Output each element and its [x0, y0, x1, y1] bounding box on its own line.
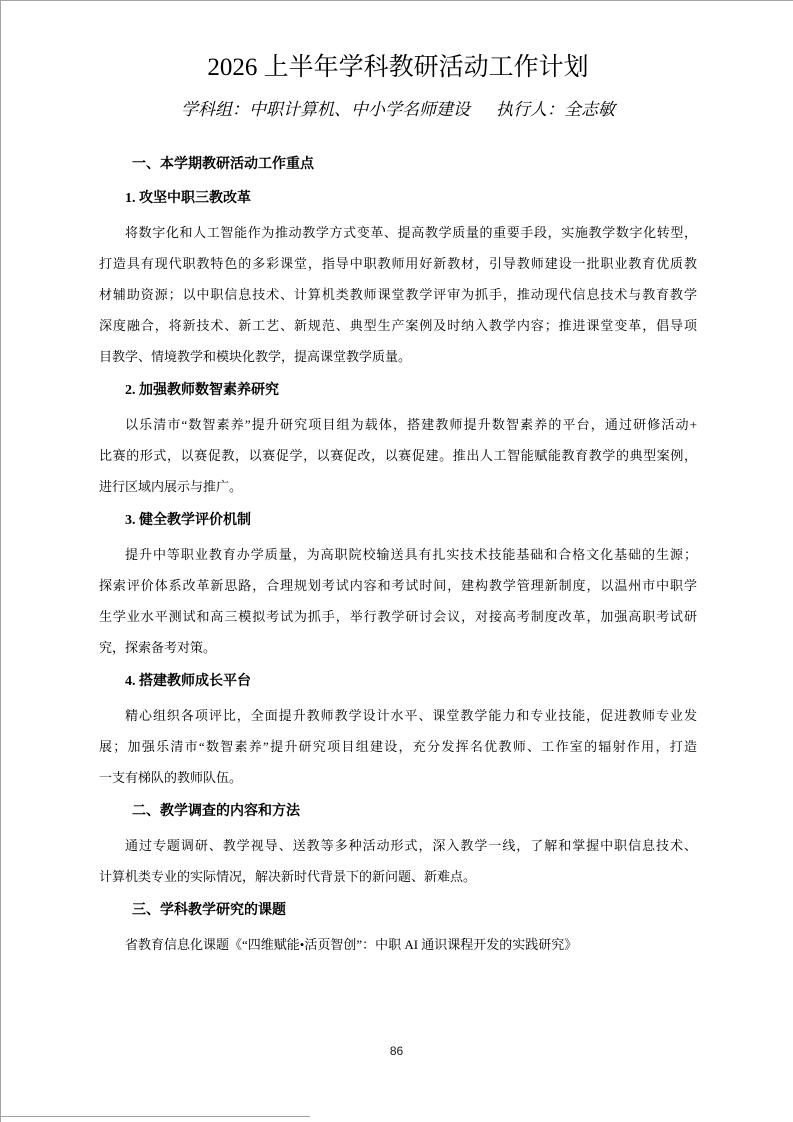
paragraph-line: 比赛的形式，以赛促教，以赛促学，以赛促改，以赛促建。推出人工智能赋能教育教学的典…: [99, 440, 697, 471]
paragraph: 以乐清市“数智素养”提升研究项目组为载体，搭建教师提升数智素养的平台，通过研修活…: [99, 409, 697, 502]
paragraph-line: 目教学、情境教学和模块化教学，提高课堂教学质量。: [99, 341, 697, 372]
sub-heading-4: 4. 搭建教师成长平台: [99, 666, 697, 697]
document-page: 2026 上半年学科教研活动工作计划 学科组：中职计算机、中小学名师建设执行人：…: [0, 0, 793, 1122]
paragraph: 将数字化和人工智能作为推动教学方式变革、提高教学质量的重要手段，实施教学数字化转…: [99, 217, 697, 372]
page-edge-bottom: [0, 1116, 310, 1117]
document-viewer: { "colors": { "page_background": "#fffff…: [0, 0, 793, 1122]
paragraph-line: 计算机类专业的实际情况，解决新时代背景下的新问题、新难点。: [99, 861, 697, 892]
paragraph-line: 究，探索备考对策。: [99, 632, 697, 663]
paragraph-line: 省教育信息化课题《“四维赋能•活页智创”：中职 AI 通识课程开发的实践研究》: [99, 929, 697, 960]
paragraph-line: 精心组织各项评比，全面提升教师教学设计水平、课堂教学能力和专业技能，促进教师专业…: [99, 700, 697, 731]
paragraph: 提升中等职业教育办学质量，为高职院校输送具有扎实技术技能基础和合格文化基础的生源…: [99, 539, 697, 663]
section-heading-3: 三、学科教学研究的课题: [99, 895, 697, 926]
paragraph: 省教育信息化课题《“四维赋能•活页智创”：中职 AI 通识课程开发的实践研究》: [99, 929, 697, 960]
paragraph-line: 提升中等职业教育办学质量，为高职院校输送具有扎实技术技能基础和合格文化基础的生源…: [99, 539, 697, 570]
section-heading-1: 一、本学期教研活动工作重点: [99, 149, 697, 180]
paragraph-line: 通过专题调研、教学视导、送教等多种活动形式，深入教学一线，了解和掌握中职信息技术…: [99, 830, 697, 861]
sub-heading-1: 1. 攻坚中职三教改革: [99, 183, 697, 214]
section-heading-2: 二、教学调查的内容和方法: [99, 796, 697, 827]
paragraph-line: 一支有梯队的教师队伍。: [99, 762, 697, 793]
paragraph-line: 材辅助资源；以中职信息技术、计算机类教师课堂教学评审为抓手，推动现代信息技术与教…: [99, 279, 697, 310]
page-number: 86: [0, 1044, 793, 1058]
paragraph: 精心组织各项评比，全面提升教师教学设计水平、课堂教学能力和专业技能，促进教师专业…: [99, 700, 697, 793]
page-edge-top: [0, 0, 793, 1]
paragraph-line: 以乐清市“数智素养”提升研究项目组为载体，搭建教师提升数智素养的平台，通过研修活…: [99, 409, 697, 440]
paragraph-line: 进行区域内展示与推广。: [99, 471, 697, 502]
meta-subject-group: 学科组：中职计算机、中小学名师建设: [181, 100, 470, 119]
paragraph-line: 打造具有现代职教特色的多彩课堂，指导中职教师用好新教材，引导教师建设一批职业教育…: [99, 248, 697, 279]
paragraph-line: 深度融合，将新技术、新工艺、新规范、典型生产案例及时纳入教学内容；推进课堂变革，…: [99, 310, 697, 341]
sub-heading-3: 3. 健全教学评价机制: [99, 505, 697, 536]
paragraph-line: 将数字化和人工智能作为推动教学方式变革、提高教学质量的重要手段，实施教学数字化转…: [99, 217, 697, 248]
document-meta-line: 学科组：中职计算机、中小学名师建设执行人：全志敏: [99, 97, 697, 123]
page-edge-left: [0, 0, 1, 1122]
paragraph-line: 展；加强乐清市“数智素养”提升研究项目组建设，充分发挥名优教师、工作室的辐射作用…: [99, 731, 697, 762]
document-title: 2026 上半年学科教研活动工作计划: [99, 49, 697, 87]
meta-executor: 执行人：全志敏: [496, 100, 615, 119]
document-body: 一、本学期教研活动工作重点 1. 攻坚中职三教改革 将数字化和人工智能作为推动教…: [99, 149, 697, 960]
paragraph-line: 生学业水平测试和高三模拟考试为抓手，举行教学研讨会议，对接高考制度改革，加强高职…: [99, 601, 697, 632]
paragraph: 通过专题调研、教学视导、送教等多种活动形式，深入教学一线，了解和掌握中职信息技术…: [99, 830, 697, 892]
paragraph-line: 探索评价体系改革新思路，合理规划考试内容和考试时间，建构教学管理新制度，以温州市…: [99, 570, 697, 601]
sub-heading-2: 2. 加强教师数智素养研究: [99, 375, 697, 406]
